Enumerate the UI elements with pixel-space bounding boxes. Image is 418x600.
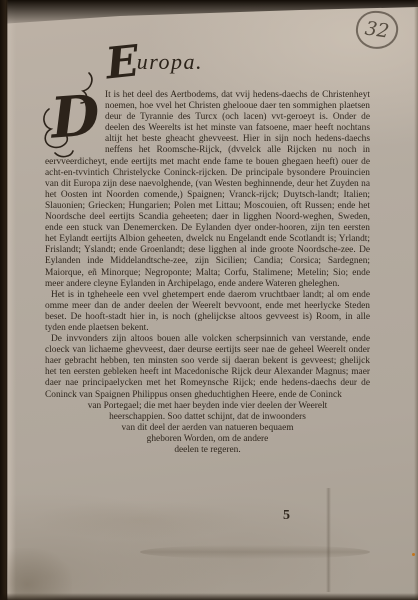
book-page-scan: 32 Europa. D It is het deel des Aertbode… — [0, 0, 418, 600]
closing-line: deelen te regeren. — [45, 445, 370, 456]
printed-page-number: 5 — [283, 508, 290, 524]
closing-line: heerschappien. Soo dattet schijnt, dat d… — [45, 412, 370, 423]
paragraph: D It is het deel des Aertbodems, dat vvi… — [45, 90, 370, 290]
folio-number-text: 32 — [363, 17, 390, 42]
paper-crease-vertical — [326, 488, 331, 592]
closing-line: gheboren Worden, om de andere — [45, 434, 370, 445]
title-swash-initial: E — [104, 41, 139, 87]
paragraph-2-text: Het is in tgheheele een vvel ghetempert … — [45, 290, 370, 333]
closing-line: van Portegael; die met haer beyden inde … — [45, 401, 370, 412]
page-title: Europa. — [106, 42, 203, 94]
closing-line: van dit deel der aerden van natueren beq… — [45, 423, 370, 434]
body-text: D It is het deel des Aertbodems, dat vvi… — [45, 90, 370, 456]
drop-cap-letter: D — [49, 83, 102, 150]
page-edge-highlight — [7, 0, 16, 600]
paragraph-3-text: De invvonders zijn altoos bouen alle vol… — [45, 334, 370, 399]
scan-shadow-right — [414, 0, 418, 600]
drop-cap-initial: D — [43, 91, 99, 155]
paper-fleck — [412, 553, 415, 556]
paragraph: De invvonders zijn altoos bouen alle vol… — [45, 334, 370, 401]
paper-stain-faint — [30, 500, 250, 540]
closing-taper: van Portegael; die met haer beyden inde … — [45, 401, 370, 456]
paper-stain — [8, 548, 72, 600]
paper-crease-horizontal — [140, 545, 370, 559]
scan-shadow-left — [0, 0, 8, 600]
paragraph: Het is in tgheheele een vvel ghetempert … — [45, 290, 370, 334]
title-text: uropa. — [137, 49, 203, 74]
